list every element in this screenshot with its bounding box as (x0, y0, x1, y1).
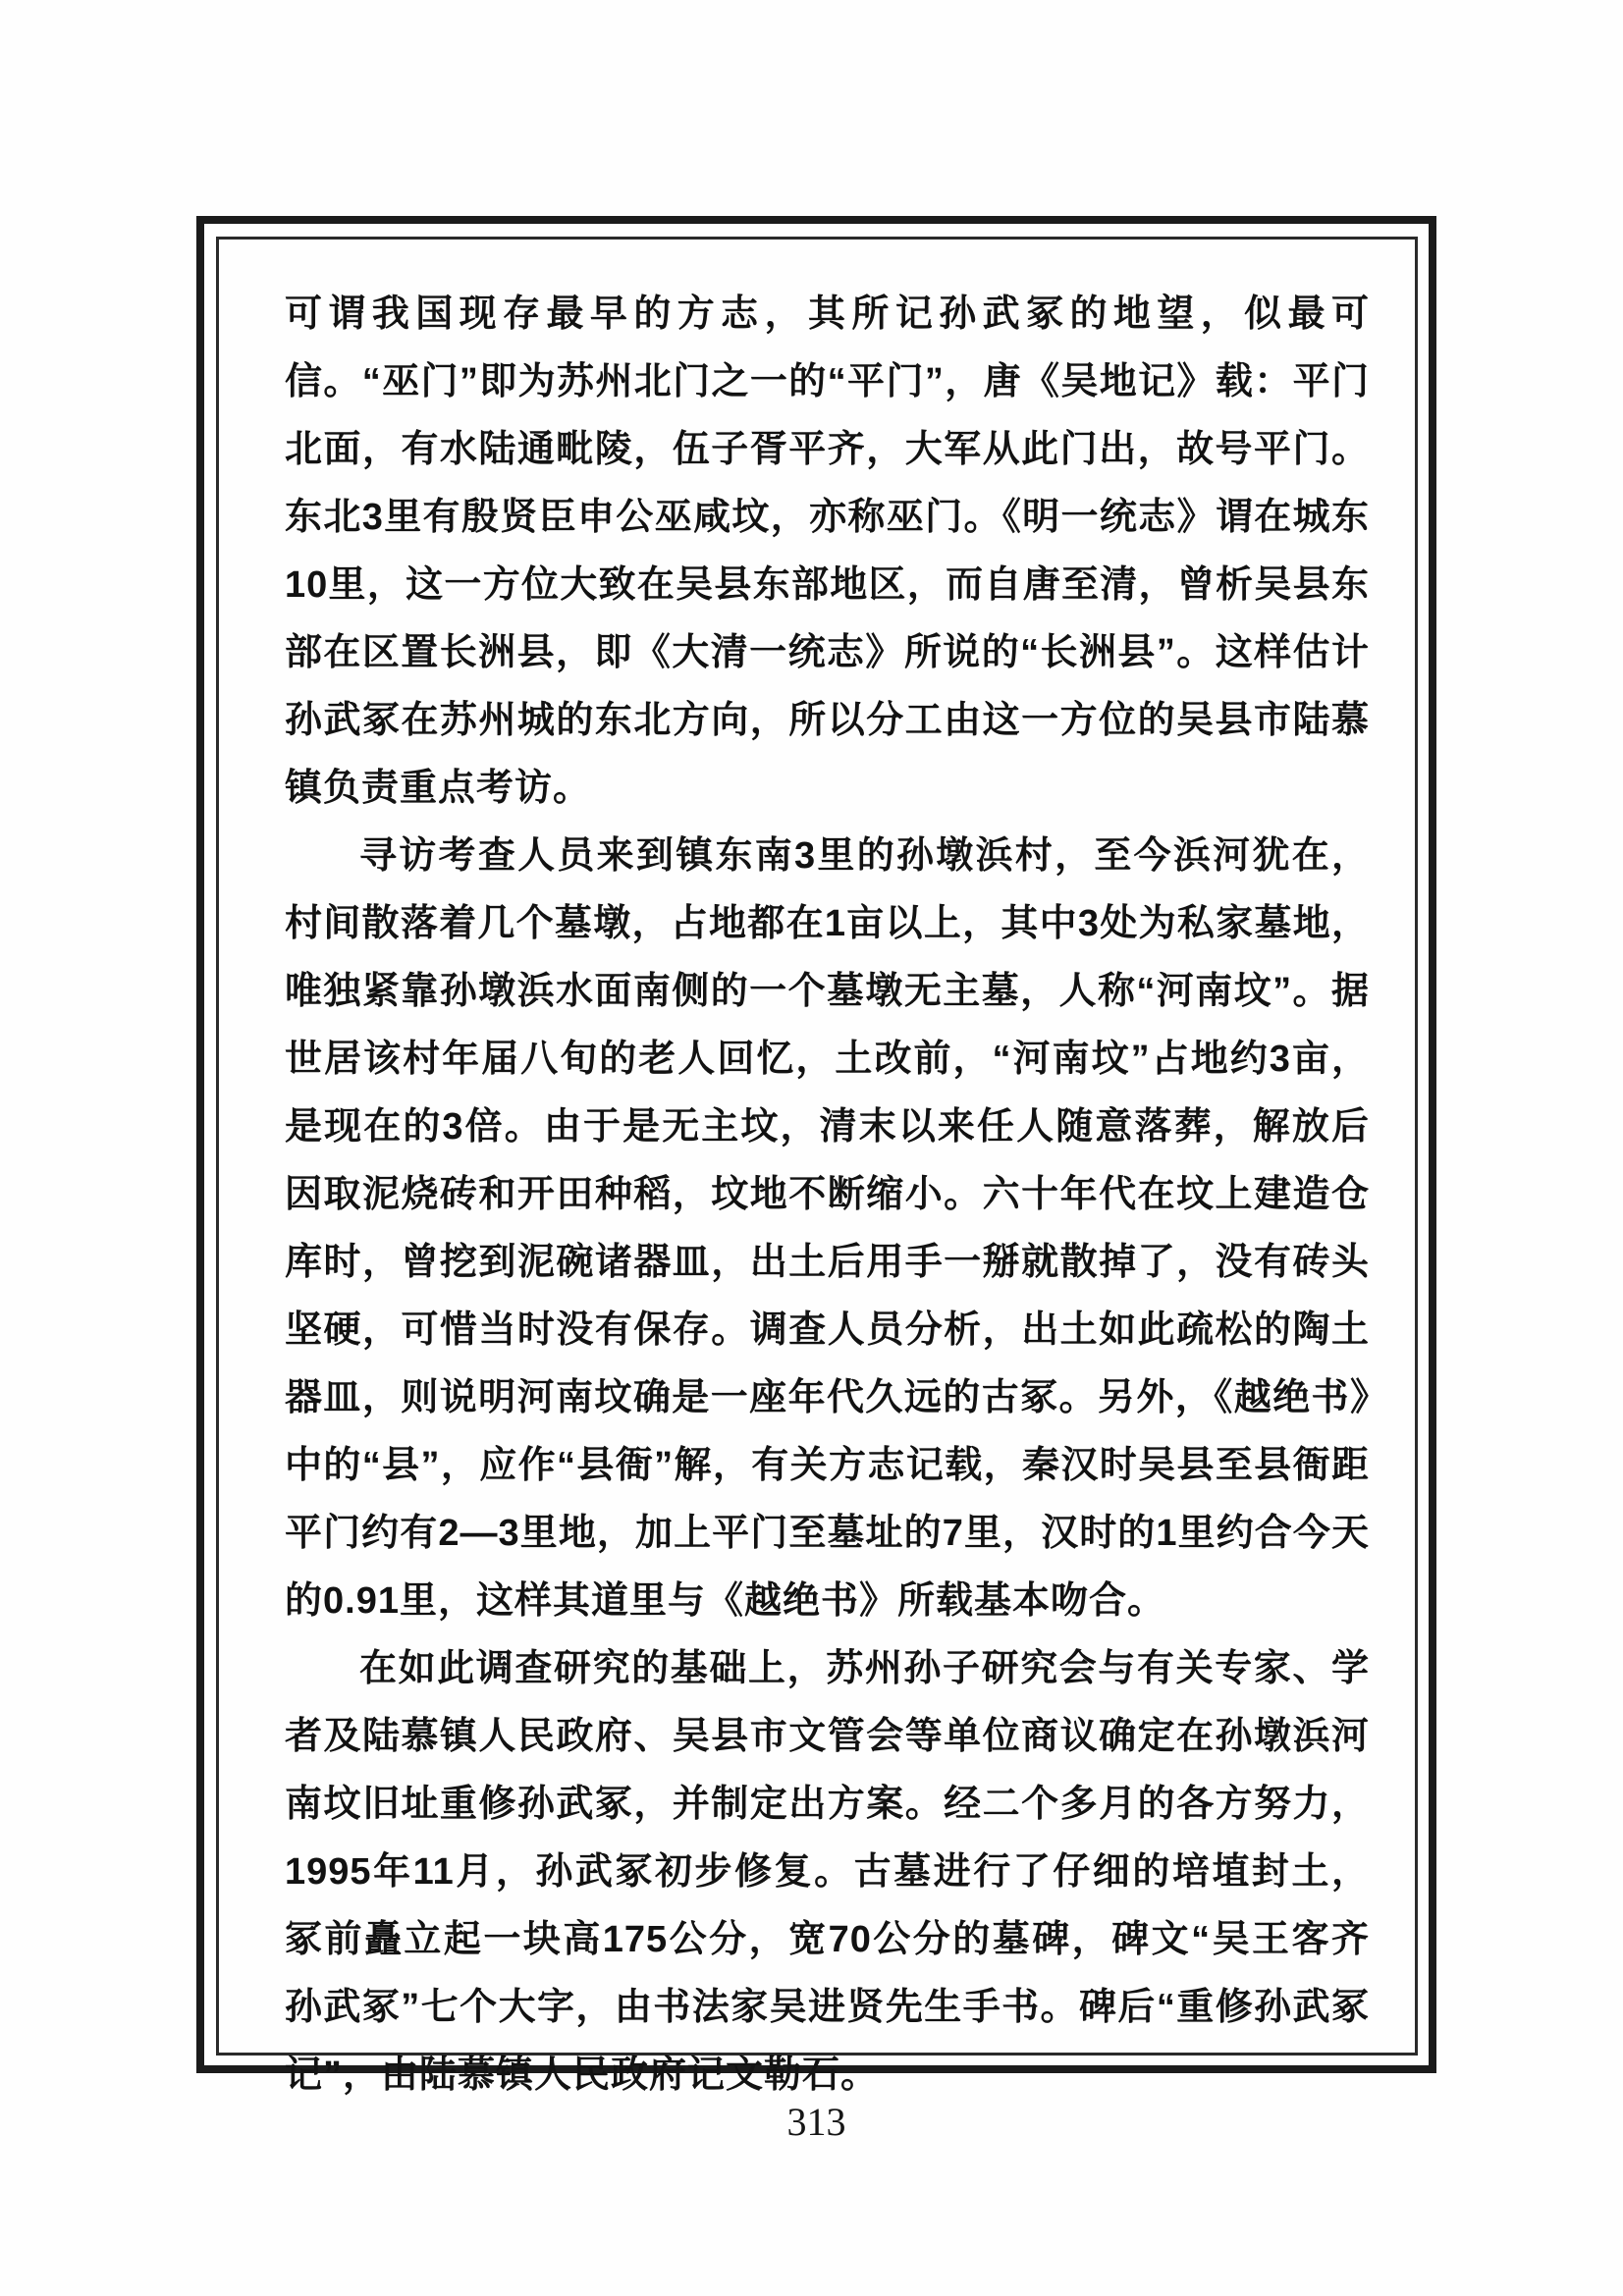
body-text: 可谓我国现存最早的方志，其所记孙武冢的地望，似最可信。“巫门”即为苏州北门之一的… (285, 281, 1370, 2109)
book-page: 可谓我国现存最早的方志，其所记孙武冢的地望，似最可信。“巫门”即为苏州北门之一的… (0, 0, 1623, 2296)
paragraph-2: 寻访考查人员来到镇东南3里的孙墩浜村，至今浜河犹在，村间散落着几个墓墩，占地都在… (285, 823, 1370, 1635)
paragraph-1: 可谓我国现存最早的方志，其所记孙武冢的地望，似最可信。“巫门”即为苏州北门之一的… (285, 281, 1370, 823)
page-number: 313 (196, 2099, 1436, 2145)
paragraph-3: 在如此调查研究的基础上，苏州孙子研究会与有关专家、学者及陆慕镇人民政府、吴县市文… (285, 1635, 1370, 2109)
